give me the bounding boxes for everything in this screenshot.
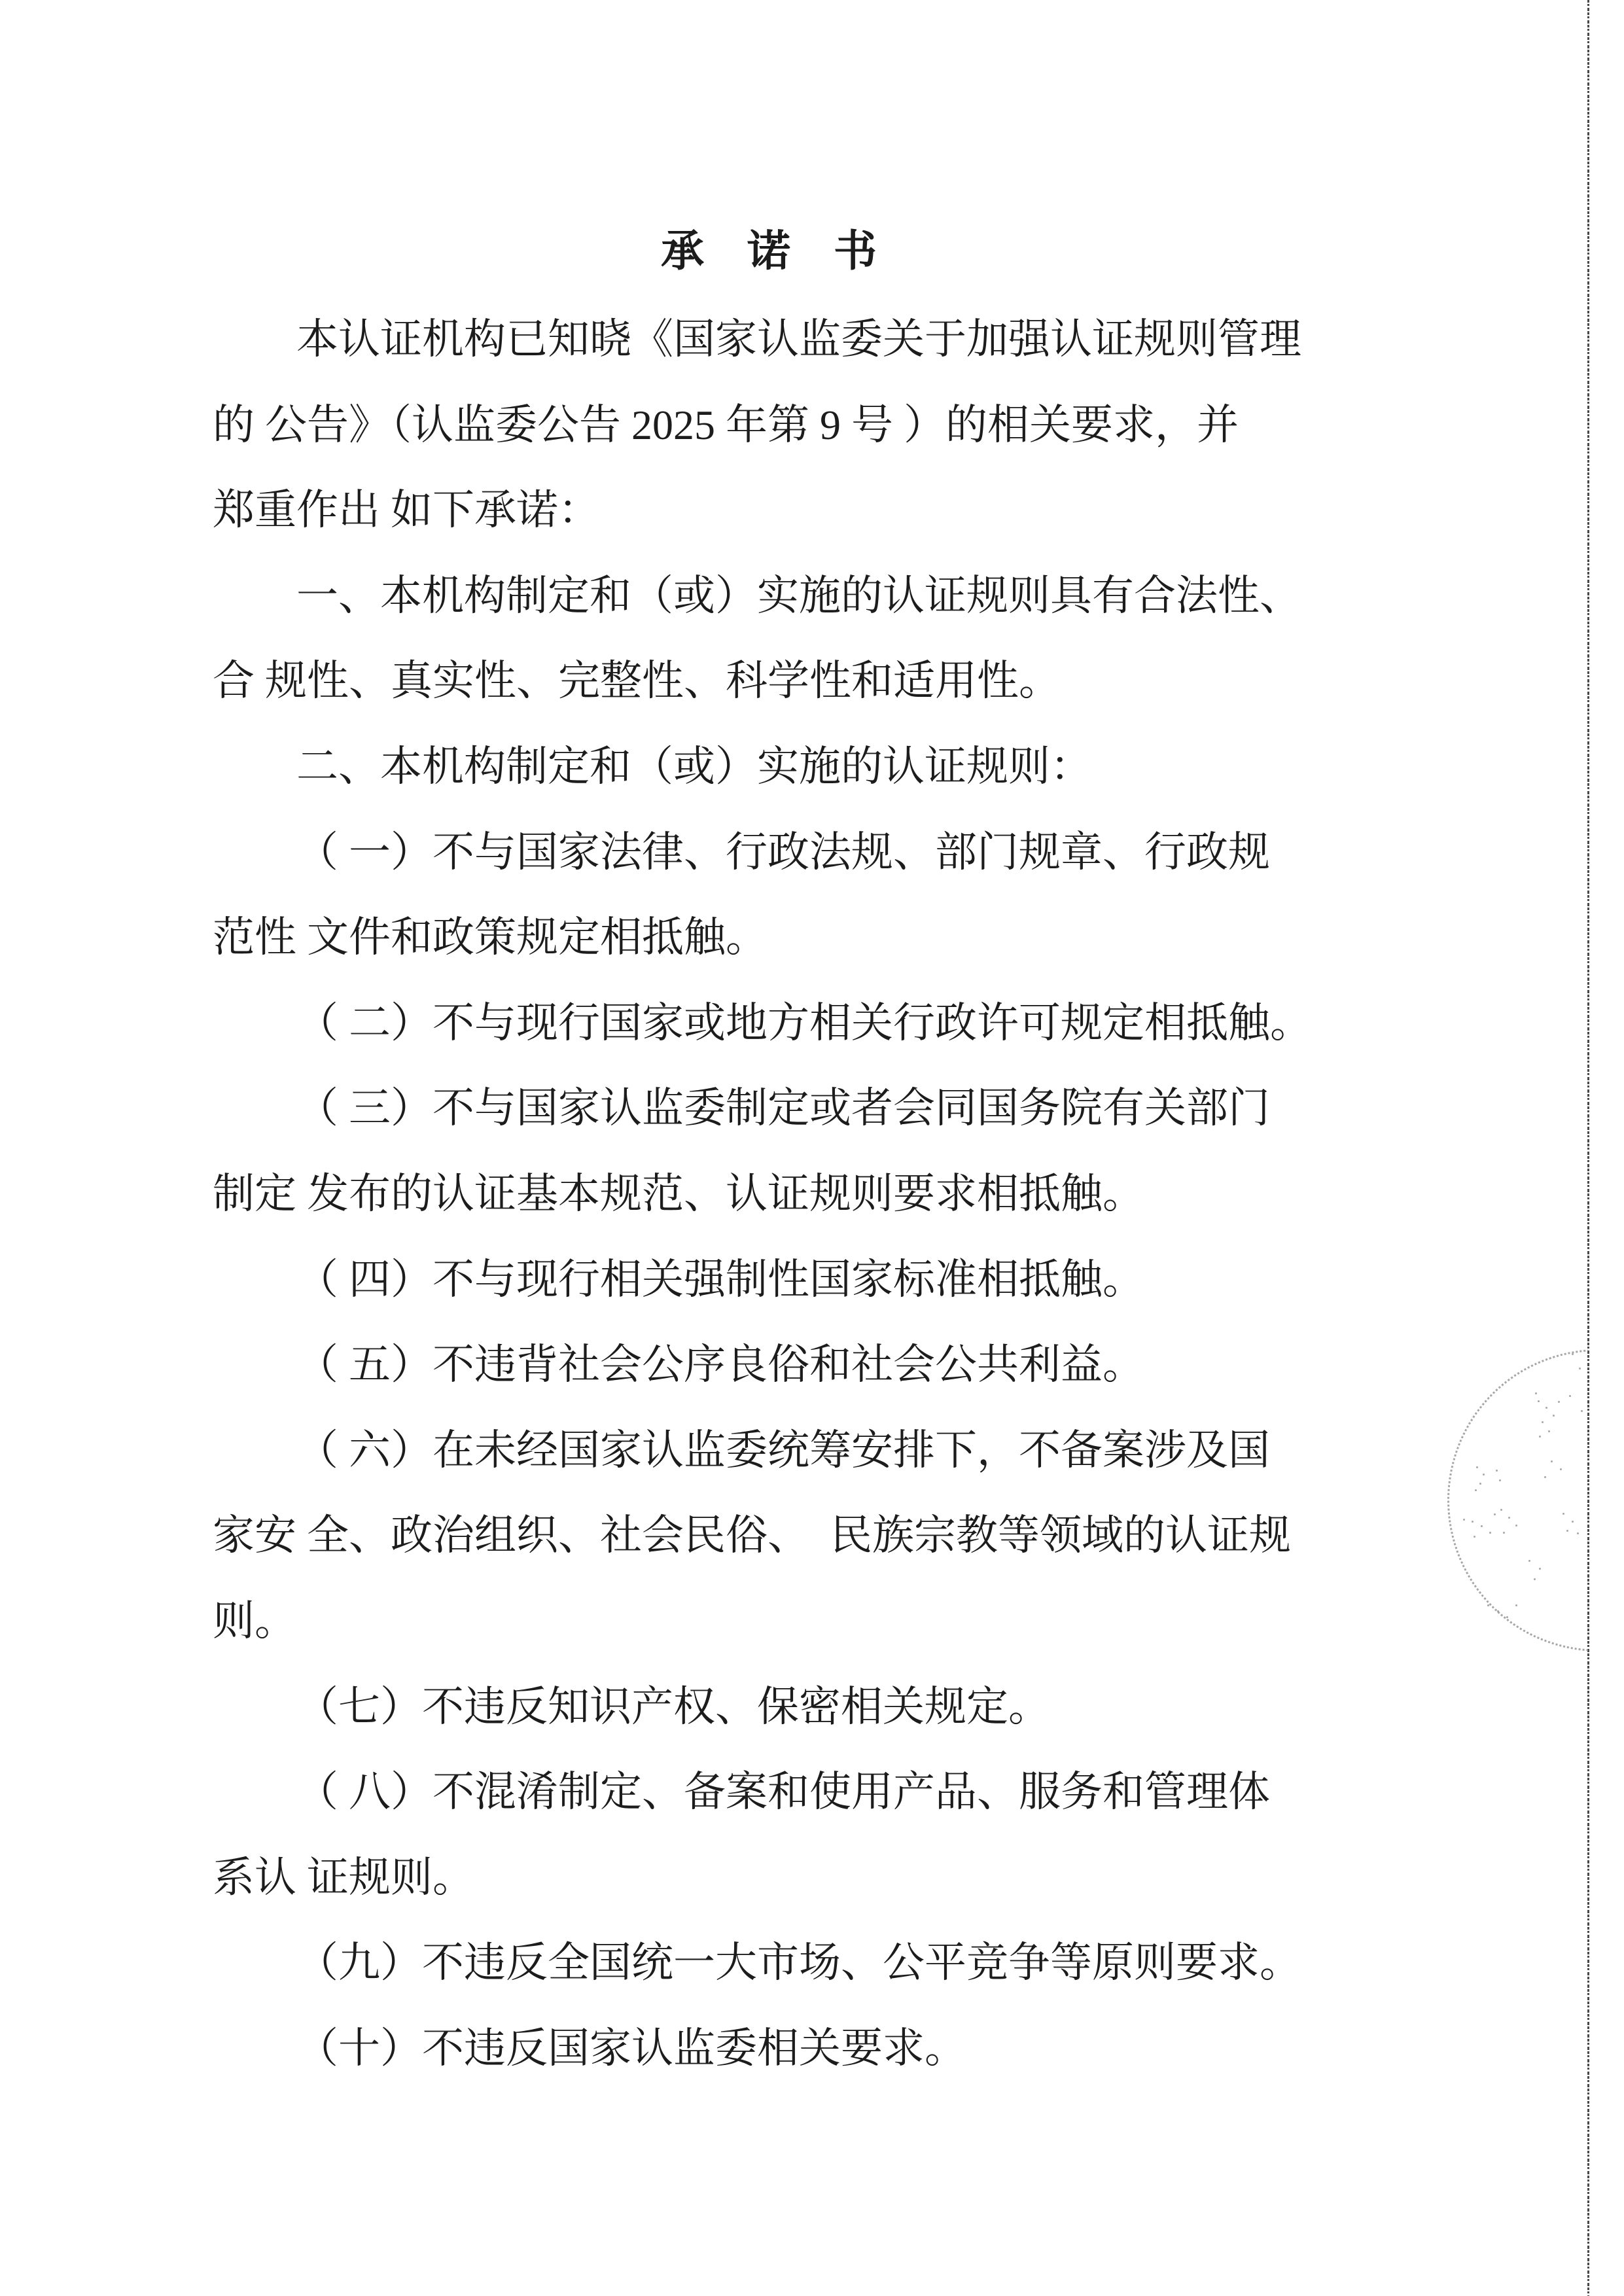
document-line: （ 三）不与国家认监委制定或者会同国务院有关部门 — [213, 1066, 1384, 1152]
document-line: 郑重作出 如下承诺： — [213, 468, 1384, 554]
document-line: 本认证机构已知晓《国家认监委关于加强认证规则管理 — [213, 297, 1384, 383]
scanned-document-page: 承诺书 本认证机构已知晓《国家认监委关于加强认证规则管理的 公告》（认监委公告 … — [0, 0, 1624, 2296]
document-line: 家安 全、政治组织、社会民俗、 民族宗教等领域的认证规 — [213, 1493, 1384, 1579]
document-line: 二、本机构制定和（或）实施的认证规则： — [213, 724, 1384, 810]
seal-stamp-ring — [1447, 1349, 1588, 1651]
document-line: 系认 证规则。 — [213, 1835, 1384, 1921]
document-line: 范性 文件和政策规定相抵触。 — [213, 895, 1384, 981]
scan-edge-line — [1587, 0, 1589, 2296]
document-line: （ 二）不与现行国家或地方相关行政许可规定相抵触。 — [213, 981, 1384, 1067]
document-line: （九）不违反全国统一大市场、公平竞争等原则要求。 — [213, 1920, 1384, 2006]
document-line: （ 一）不与国家法律、行政法规、部门规章、行政规 — [213, 810, 1384, 896]
document-line: 一、本机构制定和（或）实施的认证规则具有合法性、 — [213, 554, 1384, 639]
document-title: 承诺书 — [661, 230, 920, 274]
document-line: （ 四）不与现行相关强制性国家标准相抵触。 — [213, 1237, 1384, 1323]
document-line: （ 六）在未经国家认监委统筹安排下，不备案涉及国 — [213, 1408, 1384, 1494]
document-line: （ 五）不违背社会公序良俗和社会公共利益。 — [213, 1322, 1384, 1408]
document-line: （七）不违反知识产权、保密相关规定。 — [213, 1665, 1384, 1750]
document-line: 合 规性、真实性、完整性、科学性和适用性。 — [213, 639, 1384, 724]
document-line: （ 八）不混淆制定、备案和使用产品、服务和管理体 — [213, 1750, 1384, 1835]
document-line: （十）不违反国家认监委相关要求。 — [213, 2006, 1384, 2092]
seal-stamp-dots — [1538, 1400, 1540, 1402]
document-body: 本认证机构已知晓《国家认监委关于加强认证规则管理的 公告》（认监委公告 2025… — [213, 297, 1384, 2091]
document-line: 制定 发布的认证基本规范、认证规则要求相抵触。 — [213, 1152, 1384, 1237]
document-line: 则。 — [213, 1579, 1384, 1665]
document-line: 的 公告》（认监委公告 2025 年第 9 号 ）的相关要求，并 — [213, 383, 1384, 468]
